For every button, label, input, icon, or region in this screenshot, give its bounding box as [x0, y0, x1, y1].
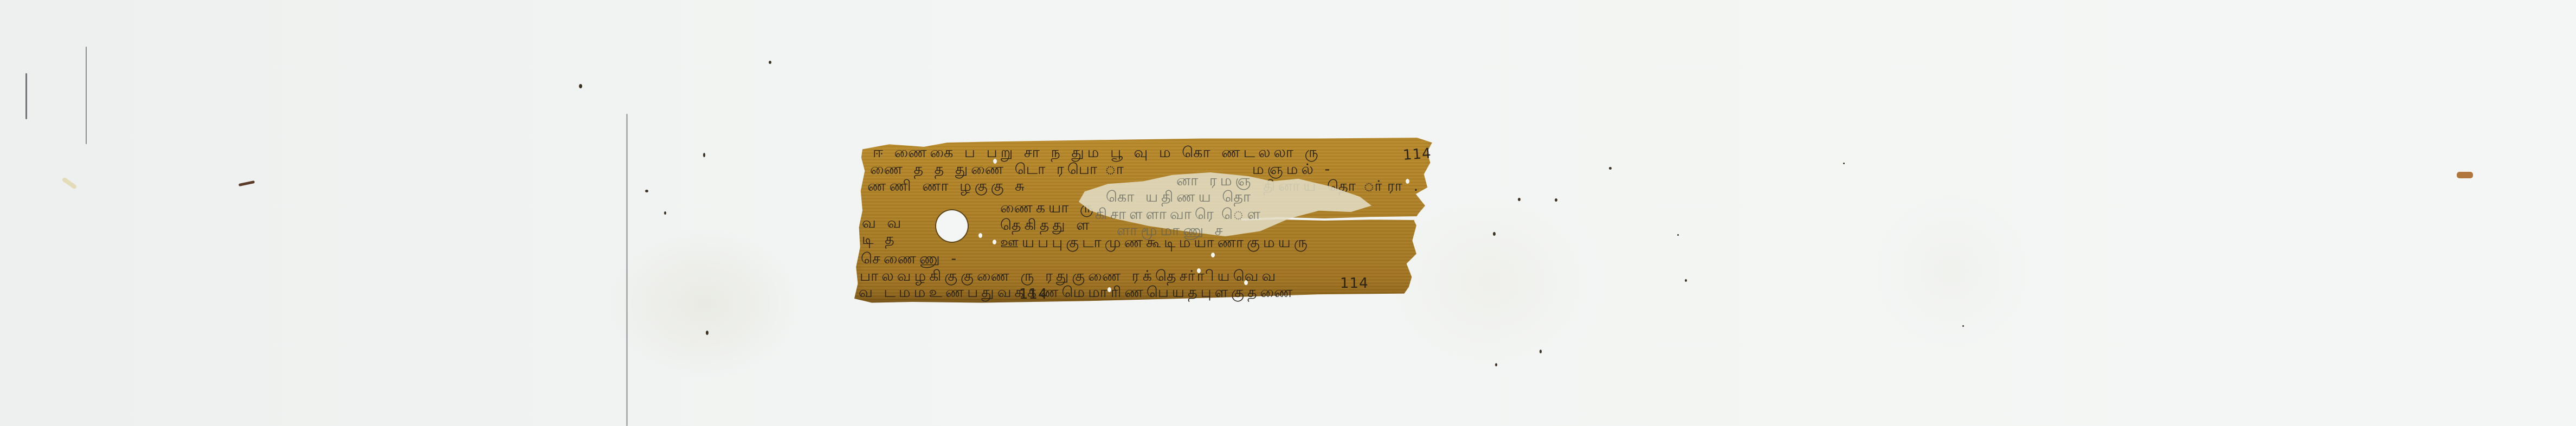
text-line-7: செணைணு - [861, 250, 959, 269]
pinhole [1211, 253, 1215, 257]
speck [1609, 167, 1612, 170]
text-line-2: ணை த த துணை டொ ரபொ ா [870, 161, 1127, 180]
speck [1495, 363, 1497, 366]
speck [579, 84, 582, 88]
speck [645, 190, 648, 192]
speck [703, 153, 705, 157]
patch-text-2: கொ யதிணய தொ [1106, 189, 1254, 208]
folio-number-bottom-right: 114 [1340, 275, 1369, 292]
speck [1555, 198, 1557, 202]
speck [1843, 163, 1845, 164]
patch-text-4: ளாமூமாணு ச [1117, 222, 1226, 241]
debris-mark [2457, 172, 2473, 178]
speck [1677, 234, 1679, 236]
scratch-mark [626, 114, 628, 426]
speck [706, 331, 709, 335]
line-text: செணைணு - [861, 250, 959, 267]
string-hole [936, 210, 968, 242]
line-text-right: மஞமல் - [1252, 161, 1333, 178]
scratch-mark [25, 73, 27, 119]
speck [769, 61, 771, 64]
line-text: வ டமமஉணபதுவககணமெமாரிணபெயதபுளகுதணை [859, 284, 1296, 301]
speck [1540, 350, 1542, 353]
text-line-9: வ டமமஉணபதுவககணமெமாரிணபெயதபுளகுதணை [859, 284, 1296, 303]
line-text-left: ணை த த துணை டொ ரபொ ா [870, 161, 1127, 178]
folio-number-bottom-left: 114 [1019, 286, 1048, 302]
line-text-left: ணணி ணா ழகுகு சு [867, 178, 1028, 195]
speck [1685, 279, 1687, 282]
pinhole [978, 233, 982, 238]
speck [664, 211, 666, 215]
line-text: பாலவழகிகுகுணை ரு ரதுகுணை ரக்தெசா்ாியவெவ [860, 268, 1279, 285]
scratch-mark [86, 47, 87, 144]
speck [1518, 198, 1521, 201]
line-text-right: தெகிதது ள [1000, 217, 1093, 234]
text-line-5: டி த [862, 231, 898, 250]
line-text-left: டி த [862, 231, 898, 248]
speck [1962, 325, 1964, 327]
text-line-2-right: மஞமல் - [1252, 161, 1333, 180]
speck [1493, 232, 1496, 236]
text-line-5-right: தெகிதது ள [1000, 217, 1093, 236]
pinhole [993, 240, 996, 244]
text-line-3: ணணி ணா ழகுகு சு [867, 178, 1028, 197]
text-line-1: ஈ ணைகை ப பறு சா ந தும பூ வு ம கொ ணடலலா ர… [873, 144, 1322, 163]
folio-number-top: 114 [1402, 145, 1432, 164]
line-text-left: வ வ [862, 215, 904, 231]
line-text: ஈ ணைகை ப பறு சா ந தும பூ வு ம கொ ணடலலா ர… [873, 144, 1322, 161]
